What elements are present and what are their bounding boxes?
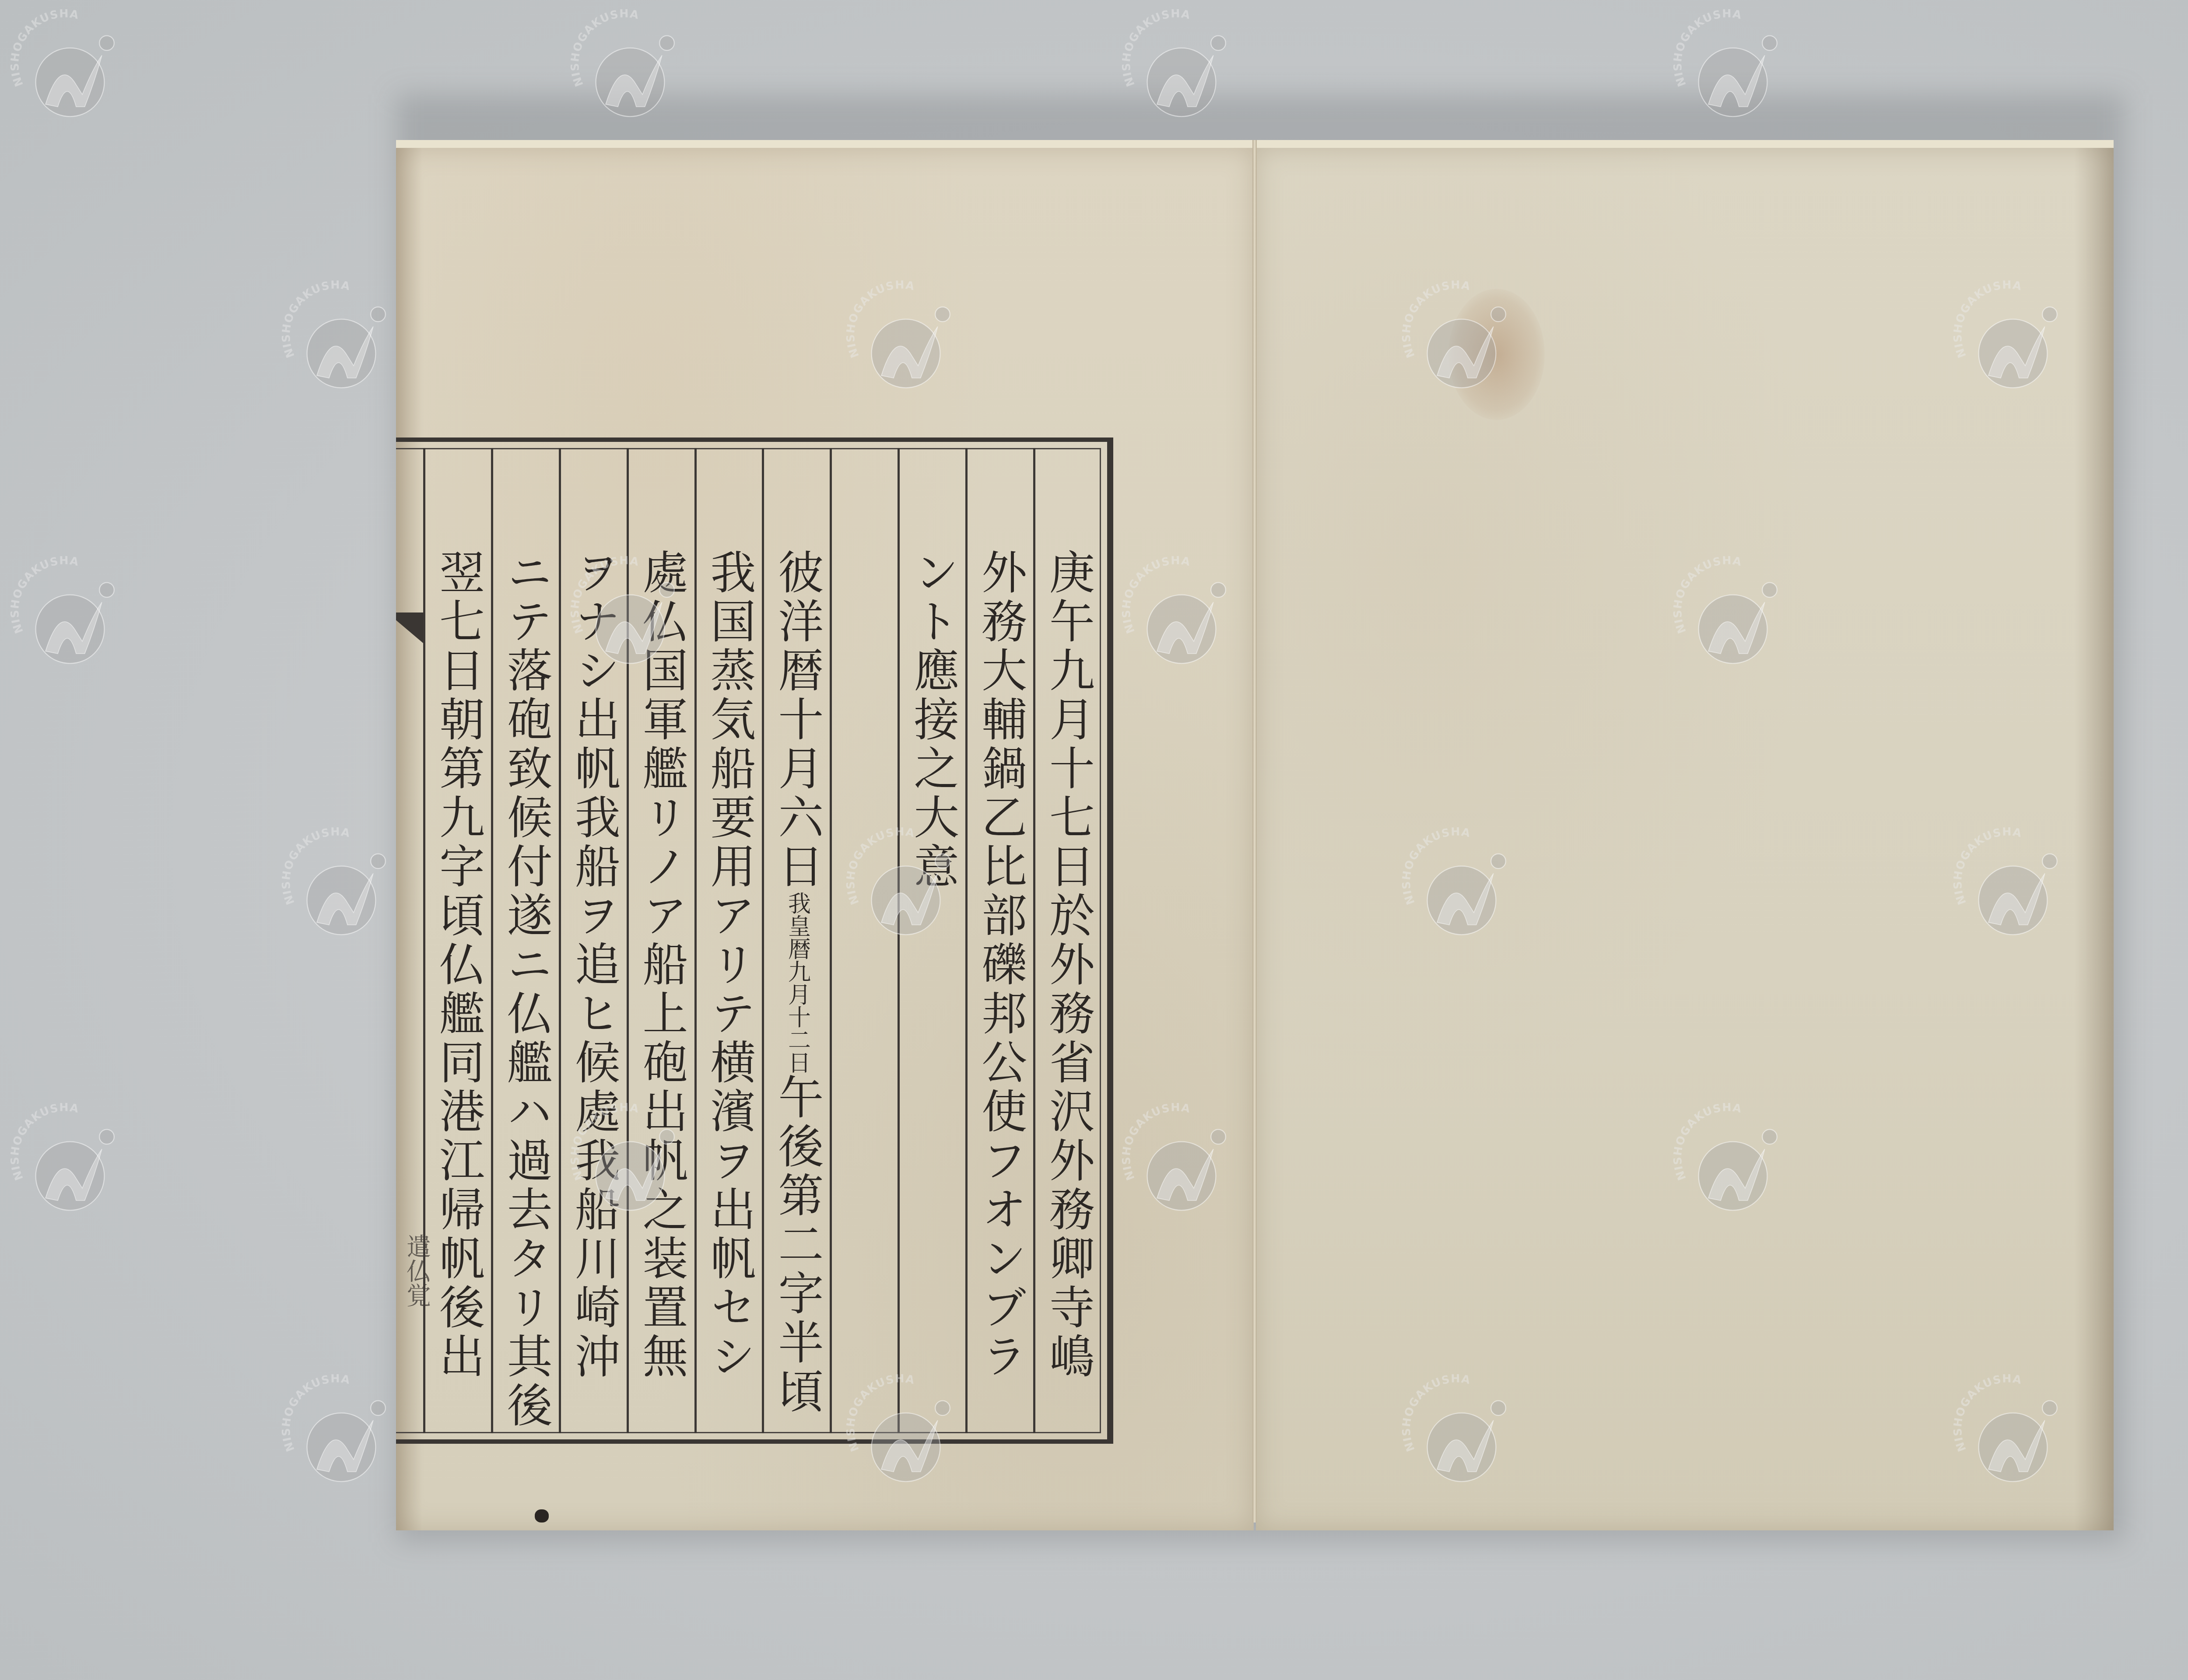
column-text: ニテ落砲致候付遂ニ仏艦ハ過去タリ其後 xyxy=(503,448,549,1433)
column-text: 翌七日朝第九字頃仏艦同港江帰帆後出 xyxy=(435,448,481,1433)
paper-stain xyxy=(1448,289,1545,420)
book-gutter xyxy=(1252,140,1257,1522)
text-columns: 庚午九月十七日於外務省沢外務卿寺嶋 外務大輔鍋乙比部礫邦公使フオンブラ ント應接… xyxy=(423,448,1101,1433)
column-text: 處仏国軍艦リノア船上砲出帆之装置無 xyxy=(639,448,684,1433)
text-column-4 xyxy=(830,448,898,1433)
text-column-1: 庚午九月十七日於外務省沢外務卿寺嶋 xyxy=(1033,448,1101,1433)
text-column-7: 處仏国軍艦リノア船上砲出帆之装置無 xyxy=(627,448,694,1433)
interlinear-annotation: 我皇暦九月十二日 xyxy=(784,892,810,1074)
column-text: 彼洋暦十月六日我皇暦九月十二日午後第二字半頃 xyxy=(774,448,820,1433)
text-column-3: ント應接之大意 xyxy=(898,448,965,1433)
margin-text: 遣仏覚 xyxy=(399,1234,434,1307)
text-column-8: ヲナシ出帆我船ヲ追ヒ候處我船川崎沖 xyxy=(559,448,627,1433)
text-column-6: 我国蒸気船要用アリテ横濱ヲ出帆セシ xyxy=(694,448,762,1433)
right-page xyxy=(1256,140,2114,1530)
column-text: 庚午九月十七日於外務省沢外務卿寺嶋 xyxy=(1045,448,1091,1433)
column-text-tail: 午後第二字半頃 xyxy=(770,1074,824,1417)
column-text-main: 彼洋暦十月六日 xyxy=(770,549,824,892)
print-frame: 庚午九月十七日於外務省沢外務卿寺嶋 外務大輔鍋乙比部礫邦公使フオンブラ ント應接… xyxy=(396,437,1113,1444)
text-column-9: ニテ落砲致候付遂ニ仏艦ハ過去タリ其後 xyxy=(491,448,559,1433)
ink-blot xyxy=(535,1509,549,1522)
text-column-2: 外務大輔鍋乙比部礫邦公使フオンブラ xyxy=(965,448,1033,1433)
column-text: ント應接之大意 xyxy=(910,448,955,1433)
column-text: 外務大輔鍋乙比部礫邦公使フオンブラ xyxy=(978,448,1023,1433)
column-text: ヲナシ出帆我船ヲ追ヒ候處我船川崎沖 xyxy=(571,448,617,1433)
column-text: 我国蒸気船要用アリテ横濱ヲ出帆セシ xyxy=(707,448,752,1433)
text-column-5: 彼洋暦十月六日我皇暦九月十二日午後第二字半頃 xyxy=(762,448,830,1433)
